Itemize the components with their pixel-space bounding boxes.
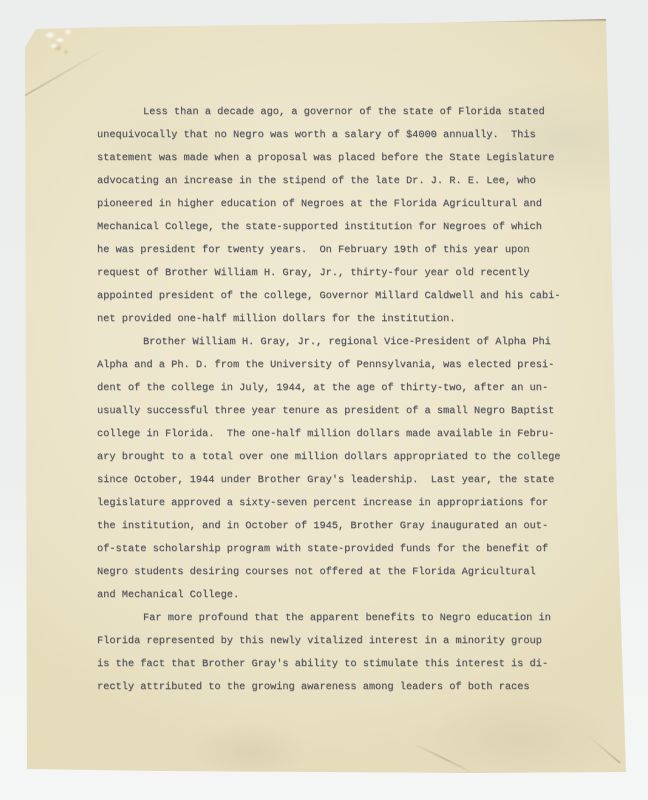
text-line: usually successful three year tenure as … [97,400,577,423]
text-line: Brother William H. Gray, Jr., regional V… [97,331,577,354]
document-page: Less than a decade ago, a governor of th… [0,0,648,800]
text-line: is the fact that Brother Gray's ability … [97,653,577,676]
text-line: rectly attributed to the growing awarene… [97,676,577,699]
text-line: Negro students desiring courses not offe… [97,561,577,584]
text-line: statement was made when a proposal was p… [97,147,577,170]
text-line: he was president for twenty years. On Fe… [97,239,577,262]
paper-crease-line [20,0,94,30]
text-line: appointed president of the college, Gove… [97,285,577,308]
text-line: legislature approved a sixty-seven perce… [97,492,577,515]
text-line: Less than a decade ago, a governor of th… [97,101,577,124]
paper-crease-line [24,48,107,97]
paper-wrinkle [587,735,620,764]
paragraph-3: Far more profound that the apparent bene… [97,607,577,699]
text-line: request of Brother William H. Gray, Jr.,… [97,262,577,285]
text-line: Florida represented by this newly vitali… [97,630,577,653]
text-line: and Mechanical College. [97,584,577,607]
text-line: pioneered in higher education of Negroes… [97,193,577,216]
paper-corner-damage [38,26,84,54]
text-line: net provided one-half million dollars fo… [97,308,577,331]
text-line: Far more profound that the apparent bene… [97,607,577,630]
scan-background: Less than a decade ago, a governor of th… [0,0,648,800]
text-line: of-state scholarship program with state-… [97,538,577,561]
text-line: unequivocally that no Negro was worth a … [97,124,577,147]
paragraph-2: Brother William H. Gray, Jr., regional V… [97,331,577,607]
paragraph-1: Less than a decade ago, a governor of th… [97,101,577,331]
text-line: advocating an increase in the stipend of… [97,170,577,193]
text-line: since October, 1944 under Brother Gray's… [97,469,577,492]
text-line: Alpha and a Ph. D. from the University o… [97,354,577,377]
text-line: college in Florida. The one-half million… [97,423,577,446]
text-line: the institution, and in October of 1945,… [97,515,577,538]
text-line: ary brought to a total over one million … [97,446,577,469]
paper-top-edge-shadow [240,19,608,25]
typed-text-block: Less than a decade ago, a governor of th… [97,101,577,699]
text-line: dent of the college in July, 1944, at th… [97,377,577,400]
paper-wrinkle [412,742,476,774]
text-line: Mechanical College, the state-supported … [97,216,577,239]
